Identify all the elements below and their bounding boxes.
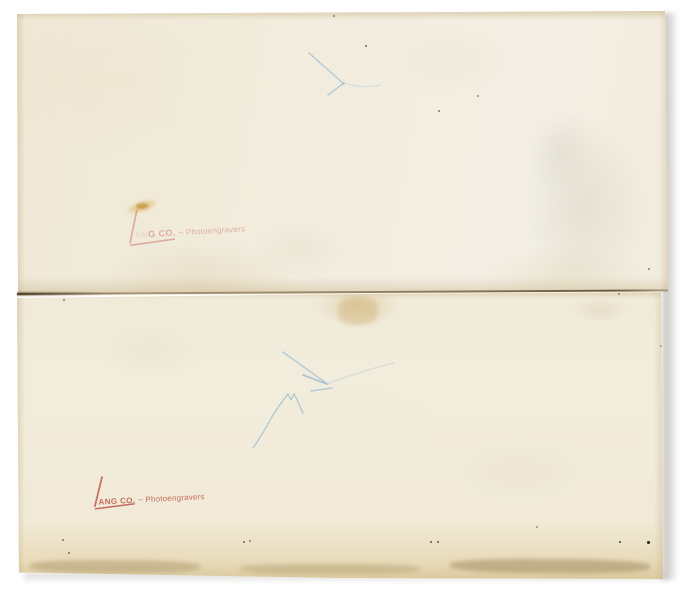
pencil-line (327, 363, 394, 384)
speck (249, 540, 251, 542)
speck (63, 299, 65, 301)
stamp-company-name: G CO. (148, 228, 176, 240)
pencil-squiggle (253, 394, 303, 448)
stamp-dash: ~ (138, 495, 143, 504)
speck (365, 45, 367, 47)
pencil-line (311, 388, 332, 391)
speck (68, 552, 70, 554)
edge-band (17, 295, 25, 575)
edge-band (17, 11, 25, 296)
speck (536, 526, 538, 528)
stamp-company-name: ANG CO. (98, 496, 135, 507)
photo-stage: L ANG CO. ~ Photoengravers (0, 0, 684, 599)
stain (30, 560, 200, 574)
speck (619, 541, 621, 543)
photoengraver-stamp-top: L ANG CO. ~ Photoengravers (123, 200, 245, 251)
seam-left-wedge (17, 292, 102, 296)
speck (243, 541, 245, 543)
speck (438, 110, 440, 112)
speck (430, 541, 432, 543)
stamp-logo-l (89, 467, 211, 515)
speck (333, 15, 335, 17)
pencil-line (309, 53, 344, 84)
speck (648, 268, 650, 270)
stain (338, 297, 378, 325)
stain (450, 558, 650, 573)
speck (437, 541, 439, 543)
pencil-line (344, 83, 381, 87)
speck (62, 539, 64, 541)
stamp-company-faded: AN (134, 229, 148, 240)
edge-band (17, 11, 668, 20)
photoengraver-stamp-bottom: L ANG CO. ~ Photoengravers (89, 467, 209, 515)
stain (240, 564, 420, 574)
pencil-line (303, 375, 327, 384)
pencil-line (328, 83, 344, 95)
speck (647, 541, 650, 544)
speck (477, 95, 479, 97)
stamp-dash: ~ (178, 228, 183, 237)
pencil-line (283, 352, 326, 383)
